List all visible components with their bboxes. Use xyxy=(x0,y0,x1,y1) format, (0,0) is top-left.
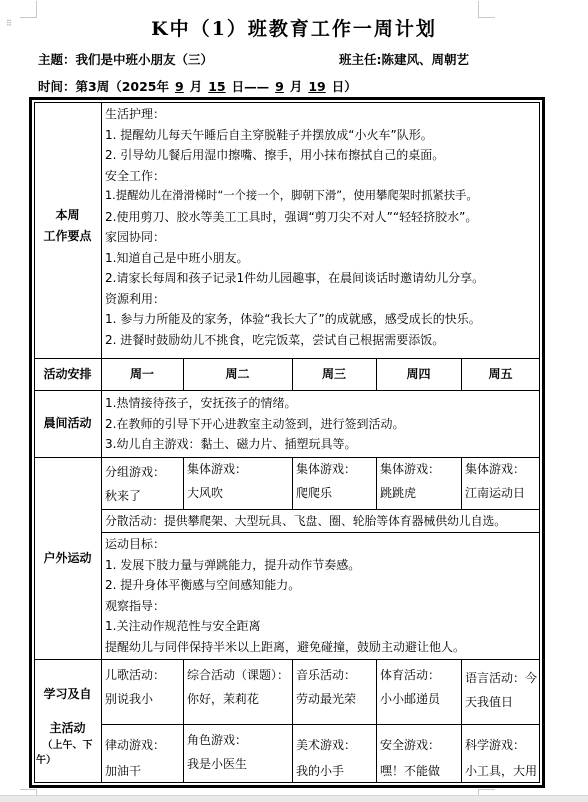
goal-line: 2. 提升身体平衡感与空间感知能力。 xyxy=(105,575,540,596)
activity-name: 嘿！不能做 xyxy=(380,758,461,784)
document-title: K中（1）班教育工作一周计划 xyxy=(0,14,588,41)
weekly-focus-label: 本周 工作要点 xyxy=(34,205,101,247)
focus-line: 1.知道自己是中班小朋友。 xyxy=(105,248,540,269)
focus-line: 资源利用： xyxy=(105,289,540,310)
time-prefix: 时间：第3周（2025年 xyxy=(38,79,169,94)
time-text: 月 xyxy=(190,79,203,94)
game-type: 集体游戏： xyxy=(296,457,376,481)
grid-line xyxy=(34,659,540,660)
start-day: 15 xyxy=(202,79,231,94)
activity-name: 加油干 xyxy=(105,758,183,784)
end-day: 19 xyxy=(302,79,331,94)
outdoor-game-wed: 集体游戏： 爬爬乐 xyxy=(292,457,376,505)
focus-line: 安全工作： xyxy=(105,166,540,187)
day-header-fri: 周五 xyxy=(461,358,540,390)
day-header-thu: 周四 xyxy=(376,358,461,390)
grid-line xyxy=(101,724,540,725)
learning-pm-wed: 美术游戏： 我的小手 xyxy=(292,732,376,784)
theme-value: 我们是中班小朋友（三） xyxy=(76,52,214,67)
goal-line: 提醒幼儿与同伴保持半米以上距离，避免碰撞，鼓励主动避让他人。 xyxy=(105,637,540,658)
game-name: 大风吹 xyxy=(187,481,292,505)
activity-type: 安全游戏： xyxy=(380,732,461,758)
day-header-mon: 周一 xyxy=(101,358,183,390)
activity-name: 别说我小 xyxy=(105,687,183,711)
outdoor-scattered: 分散活动：提供攀爬架、大型玩具、飞盘、圈、轮胎等体育器械供幼儿自选。 xyxy=(101,510,540,532)
focus-line: 1. 提醒幼儿每天午睡后自主穿脱鞋子并摆放成“小火车”队形。 xyxy=(105,125,540,146)
focus-line: 家园协同： xyxy=(105,227,540,248)
goal-line: 1. 发展下肢力量与弹跳能力，提升动作节奏感。 xyxy=(105,555,540,576)
outdoor-label: 户外运动 xyxy=(34,548,101,568)
label-text: 工作要点 xyxy=(34,226,101,247)
label-text: 午） xyxy=(34,754,101,768)
time-text: 月 xyxy=(290,79,303,94)
focus-line: 2.请家长每周和孩子记录1件幼儿园趣事，在晨间谈话时邀请幼儿分享。 xyxy=(105,268,540,289)
grid-line xyxy=(101,532,540,533)
game-name: 爬爬乐 xyxy=(296,481,376,505)
focus-line: 2. 进餐时鼓励幼儿不挑食，吃完饭菜，尝试自己根据需要添饭。 xyxy=(105,330,540,351)
activity-type: 语言活动：今 xyxy=(465,666,540,690)
weekly-focus-content: 生活护理： 1. 提醒幼儿每天午睡后自主穿脱鞋子并摆放成“小火车”队形。 2. … xyxy=(101,104,540,350)
page-gap xyxy=(0,795,588,802)
game-name: 秋来了 xyxy=(105,484,183,508)
activity-name: 劳动最光荣 xyxy=(296,687,376,711)
time-suffix: 日） xyxy=(332,79,357,94)
learning-pm-tue: 角色游戏： 我是小医生 xyxy=(183,728,292,776)
activity-type: 综合活动（课题）： xyxy=(187,663,292,687)
start-month: 9 xyxy=(169,79,190,94)
day-header-wed: 周三 xyxy=(292,358,376,390)
focus-line: 2.使用剪刀、胶水等美工工具时，强调“剪刀尖不对人”“轻轻挤胶水”。 xyxy=(105,207,540,228)
game-type: 分组游戏： xyxy=(105,460,183,484)
learning-am-wed: 音乐活动： 劳动最光荣 xyxy=(292,663,376,711)
game-name: 江南运动日 xyxy=(465,481,540,505)
learning-am-tue: 综合活动（课题）： 你好，茉莉花 xyxy=(183,663,292,711)
game-type: 集体游戏： xyxy=(187,457,292,481)
outdoor-game-thu: 集体游戏： 跳跳虎 xyxy=(376,457,461,505)
morning-label: 晨间活动 xyxy=(34,390,101,457)
game-name: 跳跳虎 xyxy=(380,481,461,505)
outdoor-goals: 运动目标： 1. 发展下肢力量与弹跳能力，提升动作节奏感。 2. 提升身体平衡感… xyxy=(101,534,540,657)
goal-line: 观察指导： xyxy=(105,596,540,617)
morning-line: 1.热情接待孩子，安抚孩子的情绪。 xyxy=(105,393,540,414)
day-header-tue: 周二 xyxy=(183,358,292,390)
theme-label: 主题： xyxy=(38,52,76,67)
theme-line: 主题：我们是中班小朋友（三） xyxy=(38,50,213,68)
activity-name: 我的小手 xyxy=(296,758,376,784)
game-type: 集体游戏： xyxy=(465,457,540,481)
time-line: 时间：第3周（2025年9月15日——9月19日） xyxy=(38,77,357,95)
activity-type: 律动游戏： xyxy=(105,732,183,758)
label-text: 主活动 xyxy=(34,718,101,738)
learning-pm-mon: 律动游戏： 加油干 xyxy=(101,732,183,784)
activity-name: 小工具，大用 xyxy=(465,758,540,784)
learning-pm-fri: 科学游戏： 小工具，大用 xyxy=(461,732,540,784)
activity-type: 科学游戏： xyxy=(465,732,540,758)
grid-line xyxy=(34,390,540,391)
activity-type: 美术游戏： xyxy=(296,732,376,758)
teacher-value: 陈建风、周朝艺 xyxy=(382,52,470,67)
activity-type: 儿歌活动： xyxy=(105,663,183,687)
goal-line: 运动目标： xyxy=(105,534,540,555)
outdoor-game-mon: 分组游戏： 秋来了 xyxy=(101,460,183,508)
morning-line: 2.在教师的引导下开心进教室主动签到，进行签到活动。 xyxy=(105,414,540,435)
focus-line: 1.提醒幼儿在滑滑梯时“一个接一个，脚朝下滑”，使用攀爬架时抓紧扶手。 xyxy=(105,186,540,207)
activity-name: 你好，茉莉花 xyxy=(187,687,292,711)
focus-line: 2. 引导幼儿餐后用湿巾擦嘴、擦手，用小抹布擦拭自己的桌面。 xyxy=(105,145,540,166)
morning-line: 3.幼儿自主游戏：黏土、磁力片、插塑玩具等。 xyxy=(105,434,540,455)
outdoor-game-tue: 集体游戏： 大风吹 xyxy=(183,457,292,505)
game-type: 集体游戏： xyxy=(380,457,461,481)
learning-am-mon: 儿歌活动： 别说我小 xyxy=(101,663,183,711)
activity-type: 音乐活动： xyxy=(296,663,376,687)
label-text: （上午、下 xyxy=(34,738,101,754)
learning-am-thu: 体育活动： 小小邮递员 xyxy=(376,663,461,711)
schedule-label: 活动安排 xyxy=(34,358,101,390)
activity-name: 我是小医生 xyxy=(187,752,292,776)
activity-type: 体育活动： xyxy=(380,663,461,687)
morning-content: 1.热情接待孩子，安抚孩子的情绪。 2.在教师的引导下开心进教室主动签到，进行签… xyxy=(101,393,540,455)
label-text: 本周 xyxy=(34,205,101,226)
learning-pm-thu: 安全游戏： 嘿！不能做 xyxy=(376,732,461,784)
teacher-line: 班主任:陈建风、周朝艺 xyxy=(339,50,469,68)
teacher-label: 班主任: xyxy=(339,52,382,67)
outdoor-game-fri: 集体游戏： 江南运动日 xyxy=(461,457,540,505)
end-month: 9 xyxy=(269,79,290,94)
activity-type: 角色游戏： xyxy=(187,728,292,752)
learning-label: 学习及自 主活动 （上午、下 午） xyxy=(34,684,101,768)
label-text: 学习及自 xyxy=(34,684,101,704)
activity-name: 天我值日 xyxy=(465,690,540,714)
activity-name: 小小邮递员 xyxy=(380,687,461,711)
goal-line: 1.关注动作规范性与安全距离 xyxy=(105,616,540,637)
focus-line: 生活护理： xyxy=(105,104,540,125)
time-text: 日—— xyxy=(232,79,270,94)
focus-line: 1. 参与力所能及的家务，体验“我长大了”的成就感，感受成长的快乐。 xyxy=(105,309,540,330)
learning-am-fri: 语言活动：今 天我值日 xyxy=(461,666,540,714)
